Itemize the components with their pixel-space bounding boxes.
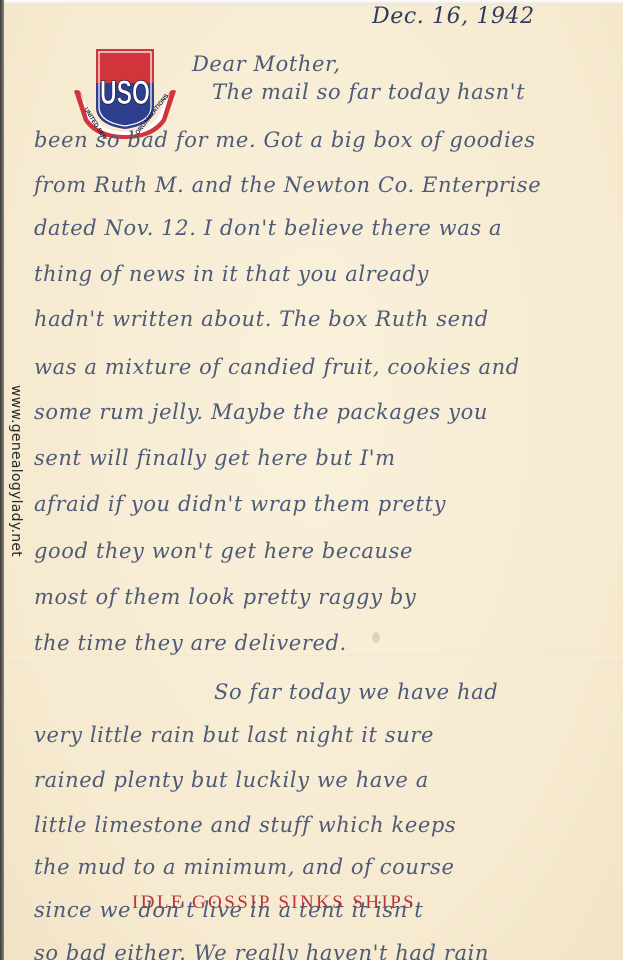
letter-line: So far today we have had — [214, 680, 498, 704]
scan-left-edge — [0, 0, 4, 960]
paper-stain — [372, 632, 380, 643]
letter-line: the mud to a minimum, and of course — [34, 855, 455, 879]
letter-line: the time they are delivered. — [34, 631, 347, 655]
letter-line: afraid if you didn't wrap them pretty — [34, 492, 446, 516]
letter-line: most of them look pretty raggy by — [34, 585, 416, 609]
letter-line: been so bad for me. Got a big box of goo… — [34, 128, 536, 152]
paper-fold-line — [4, 655, 623, 657]
letter-line: from Ruth M. and the Newton Co. Enterpri… — [34, 173, 541, 197]
letter-line: little limestone and stuff which keeps — [34, 813, 456, 837]
uso-logo-icon: USO UNITED SERVICE ORGANIZATIONS — [70, 47, 180, 139]
letter-line: hadn't written about. The box Ruth send — [34, 307, 489, 331]
letter-line: sent will finally get here but I'm — [34, 446, 396, 470]
website-watermark: www.genealogylady.net — [8, 385, 24, 557]
letter-line: The mail so far today hasn't — [212, 80, 525, 104]
letter-date: Dec. 16, 1942 — [372, 4, 535, 29]
letter-line: thing of news in it that you already — [34, 262, 429, 286]
letter-salutation: Dear Mother, — [192, 52, 341, 76]
letter-line: very little rain but last night it sure — [34, 723, 434, 747]
letter-line: so bad either. We really haven't had rai… — [34, 941, 489, 960]
letter-line: good they won't get here because — [34, 539, 413, 563]
letter-line: dated Nov. 12. I don't believe there was… — [34, 216, 502, 240]
svg-text:USO: USO — [100, 74, 150, 112]
footer-slogan: IDLE GOSSIP SINKS SHIPS — [132, 892, 416, 914]
letter-line: some rum jelly. Maybe the packages you — [34, 400, 488, 424]
letter-line: rained plenty but luckily we have a — [34, 768, 429, 792]
letter-line: was a mixture of candied fruit, cookies … — [34, 355, 520, 379]
